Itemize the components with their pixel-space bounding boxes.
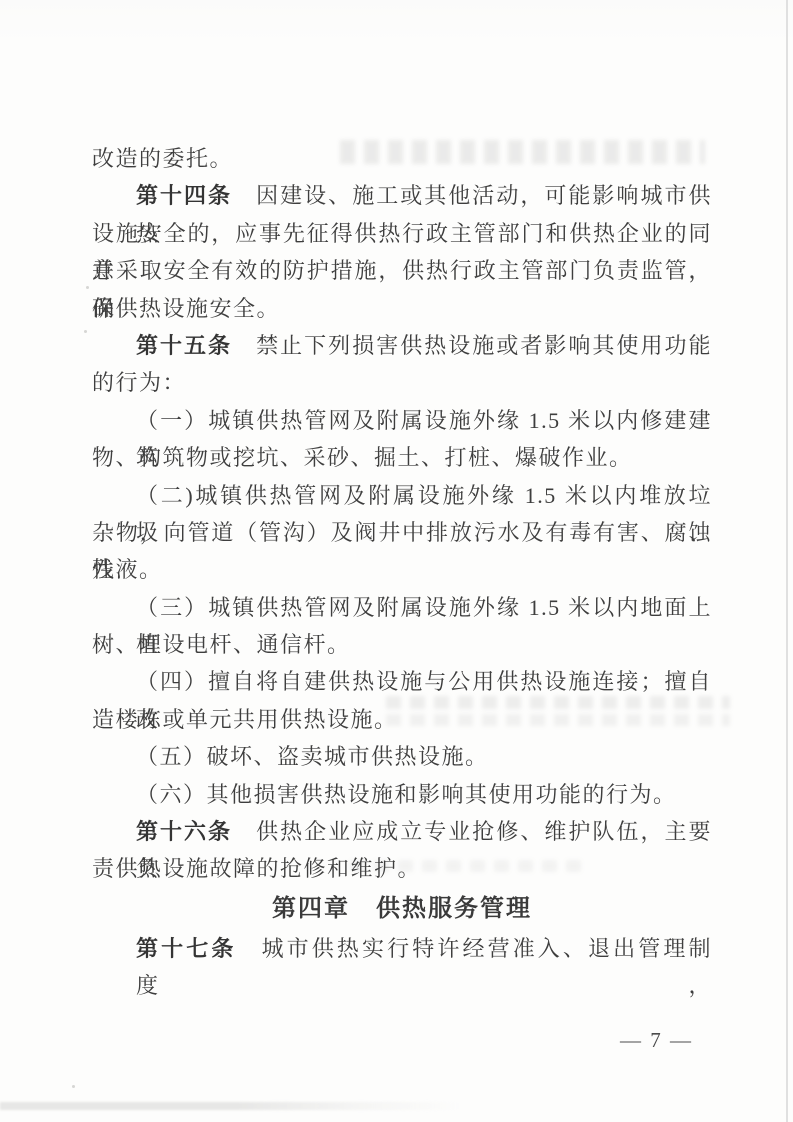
text-line: （五）破坏、盗卖城市供热设施。 bbox=[92, 738, 712, 775]
text-line: 设施安全的，应事先征得供热行政主管部门和供热企业的同意， bbox=[92, 215, 712, 252]
text-line: 保供热设施安全。 bbox=[92, 290, 712, 327]
line-text: 的行为： bbox=[92, 370, 186, 395]
page-edge-shadow bbox=[786, 0, 788, 1122]
article-number: 第十四条 bbox=[136, 183, 232, 208]
text-line: （六）其他损害供热设施和影响其使用功能的行为。 bbox=[92, 776, 712, 813]
text-line: 第十六条 供热企业应成立专业抢修、维护队伍，主要负 bbox=[92, 813, 712, 850]
line-text: （六）其他损害供热设施和影响其使用功能的行为。 bbox=[136, 782, 677, 807]
text-line: （一）城镇供热管网及附属设施外缘 1.5 米以内修建建筑 bbox=[92, 402, 712, 439]
text-line: （二)城镇供热管网及附属设施外缘 1.5 米以内堆放垃圾、 bbox=[92, 477, 712, 514]
line-text: 残液。 bbox=[92, 557, 163, 582]
document-body: 改造的委托。第十四条 因建设、施工或其他活动，可能影响城市供热设施安全的，应事先… bbox=[92, 140, 712, 967]
scan-speck-artifact bbox=[72, 1085, 75, 1088]
text-line: 树、埋设电杆、通信杆。 bbox=[92, 626, 712, 663]
line-text: 物、构筑物或挖坑、采砂、掘土、打桩、爆破作业。 bbox=[92, 445, 633, 470]
scan-speck-artifact bbox=[84, 330, 87, 333]
line-text: 禁止下列损害供热设施或者影响其使用功能 bbox=[232, 333, 712, 358]
text-line: 残液。 bbox=[92, 551, 712, 588]
text-line: 造楼栋或单元共用供热设施。 bbox=[92, 701, 712, 738]
page-number: — 7 — bbox=[620, 1028, 693, 1053]
line-text: 保供热设施安全。 bbox=[92, 296, 280, 321]
line-text: 第四章 供热服务管理 bbox=[272, 895, 532, 922]
text-line: 第十四条 因建设、施工或其他活动，可能影响城市供热 bbox=[92, 177, 712, 214]
text-line: 第十七条 城市供热实行特许经营准入、退出管理制度， bbox=[92, 930, 712, 967]
scan-smudge-artifact bbox=[0, 1102, 460, 1110]
line-text: 树、埋设电杆、通信杆。 bbox=[92, 632, 351, 657]
text-line: （四）擅自将自建供热设施与公用供热设施连接；擅自改 bbox=[92, 663, 712, 700]
text-line: 第十五条 禁止下列损害供热设施或者影响其使用功能 bbox=[92, 327, 712, 364]
scanned-document-page: 改造的委托。第十四条 因建设、施工或其他活动，可能影响城市供热设施安全的，应事先… bbox=[0, 0, 793, 1122]
line-text: （五）破坏、盗卖城市供热设施。 bbox=[136, 744, 489, 769]
line-text: 改造的委托。 bbox=[92, 146, 233, 171]
text-line: 责供热设施故障的抢修和维护。 bbox=[92, 850, 712, 887]
article-number: 第十七条 bbox=[136, 936, 236, 961]
article-number: 第十六条 bbox=[136, 819, 232, 844]
article-number: 第十五条 bbox=[136, 333, 232, 358]
line-text: 责供热设施故障的抢修和维护。 bbox=[92, 856, 421, 881]
scan-speck-artifact bbox=[86, 286, 89, 289]
text-line: 的行为： bbox=[92, 364, 712, 401]
text-line: 物、构筑物或挖坑、采砂、掘土、打桩、爆破作业。 bbox=[92, 439, 712, 476]
text-line: 杂物，向管道（管沟）及阀井中排放污水及有毒有害、腐蚀性 bbox=[92, 514, 712, 551]
text-line: （三）城镇供热管网及附属设施外缘 1.5 米以内地面上植 bbox=[92, 589, 712, 626]
line-text: 造楼栋或单元共用供热设施。 bbox=[92, 707, 398, 732]
chapter-heading: 第四章 供热服务管理 bbox=[92, 888, 712, 930]
text-line: 并采取安全有效的防护措施，供热行政主管部门负责监管，确 bbox=[92, 252, 712, 289]
text-line: 改造的委托。 bbox=[92, 140, 712, 177]
